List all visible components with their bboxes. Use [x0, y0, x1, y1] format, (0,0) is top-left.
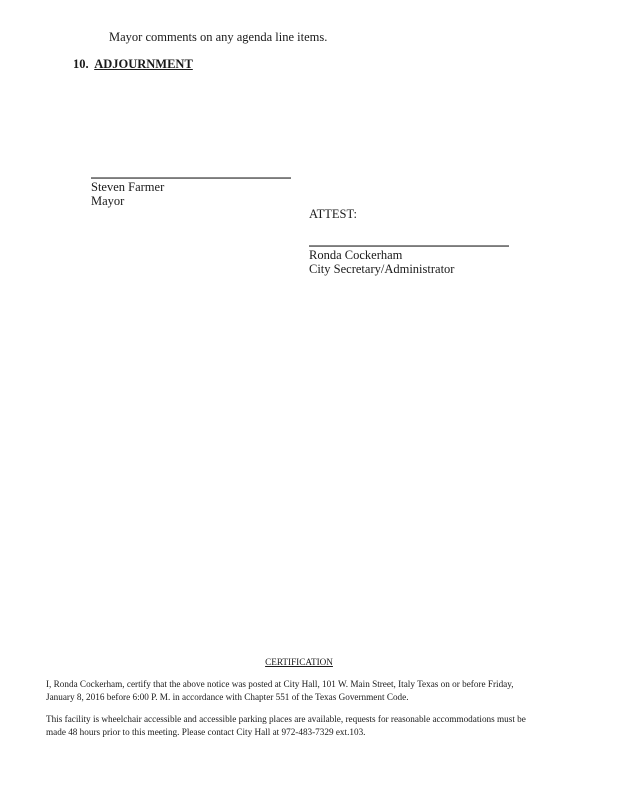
mayor-title: Mayor	[91, 194, 124, 208]
agenda-item-adjournment: 10. ADJOURNMENT	[73, 57, 193, 71]
agenda-item-title: ADJOURNMENT	[94, 57, 193, 71]
accessibility-text-line-1: This facility is wheelchair accessible a…	[46, 713, 526, 726]
secretary-title: City Secretary/Administrator	[309, 262, 454, 276]
certification-text-line-1: I, Ronda Cockerham, certify that the abo…	[46, 678, 514, 691]
mayor-name: Steven Farmer	[91, 180, 164, 194]
secretary-signature-line	[309, 245, 509, 247]
certification-heading: CERTIFICATION	[0, 656, 598, 669]
attest-label: ATTEST:	[309, 207, 357, 221]
mayor-signature-line	[91, 177, 291, 179]
certification-text-line-2: January 8, 2016 before 6:00 P. M. in acc…	[46, 691, 409, 704]
secretary-name: Ronda Cockerham	[309, 248, 402, 262]
accessibility-text-line-2: made 48 hours prior to this meeting. Ple…	[46, 726, 365, 739]
mayor-comments-text: Mayor comments on any agenda line items.	[109, 30, 327, 44]
agenda-item-number: 10.	[73, 57, 89, 71]
